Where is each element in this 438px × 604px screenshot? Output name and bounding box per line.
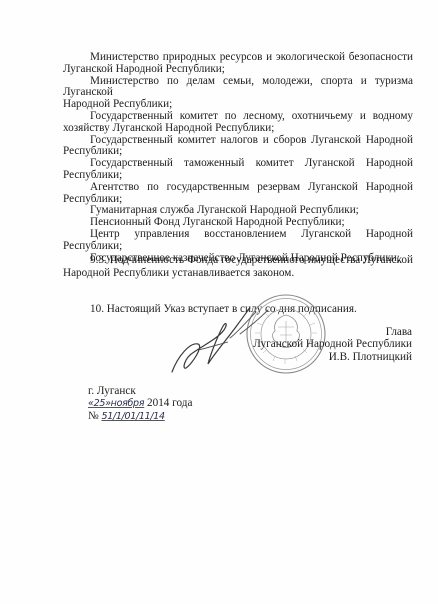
day-value: 25 — [94, 398, 106, 409]
list-item-continuation: Луганской Народной Республики; — [63, 64, 413, 76]
list-item-line: Центр управления восстановлением Луганск… — [63, 229, 413, 253]
place-date-block: г. Луганск «25»ноября 2014 года № 51/1/0… — [88, 385, 192, 424]
number-sign: № — [88, 410, 99, 422]
list-item: Государственный таможенный комитет Луган… — [63, 158, 413, 182]
agency-list: Министерство природных ресурсов и эколог… — [63, 52, 413, 264]
date: «25»ноября 2014 года — [88, 397, 192, 410]
decree-number: № 51/1/01/11/14 — [88, 410, 192, 423]
list-item: Министерство природных ресурсов и эколог… — [63, 52, 413, 76]
list-item: Агентство по государственным резервам Лу… — [63, 182, 413, 206]
list-item: Центр управления восстановлением Луганск… — [63, 229, 413, 253]
paragraph-9-3: 9.3. Подчиненность Фонда государственног… — [63, 254, 413, 279]
decree-number-value: 51/1/01/11/14 — [101, 411, 164, 422]
signatory-title: Глава — [253, 326, 412, 338]
place: г. Луганск — [88, 385, 192, 397]
list-item-line: Государственный комитет по лесному, охот… — [63, 111, 413, 123]
list-item: Государственный комитет налогов и сборов… — [63, 135, 413, 159]
paragraph-line: 9.3. Подчиненность Фонда государственног… — [63, 254, 413, 267]
signatory-organization: Луганской Народной Республики — [253, 338, 412, 350]
list-item: Государственный комитет по лесному, охот… — [63, 111, 413, 135]
paragraph-continuation: Народной Республики устанавливается зако… — [63, 267, 294, 279]
list-item-line: Министерство по делам семьи, молодежи, с… — [63, 76, 413, 100]
list-item-continuation: хозяйству Луганской Народной Республики; — [63, 123, 413, 135]
list-item: Министерство по делам семьи, молодежи, с… — [63, 76, 413, 111]
month-value: ноября — [111, 398, 145, 409]
list-item-continuation: Республики; — [63, 170, 413, 182]
signatory-block: Глава Луганской Народной Республики И.В.… — [253, 326, 412, 363]
signatory-name: И.В. Плотницкий — [253, 351, 412, 363]
list-item-line: Агентство по государственным резервам Лу… — [63, 182, 413, 194]
date-day: «25»ноября — [88, 398, 144, 409]
date-year: 2014 года — [147, 397, 192, 409]
document-page: Министерство природных ресурсов и эколог… — [0, 0, 438, 604]
